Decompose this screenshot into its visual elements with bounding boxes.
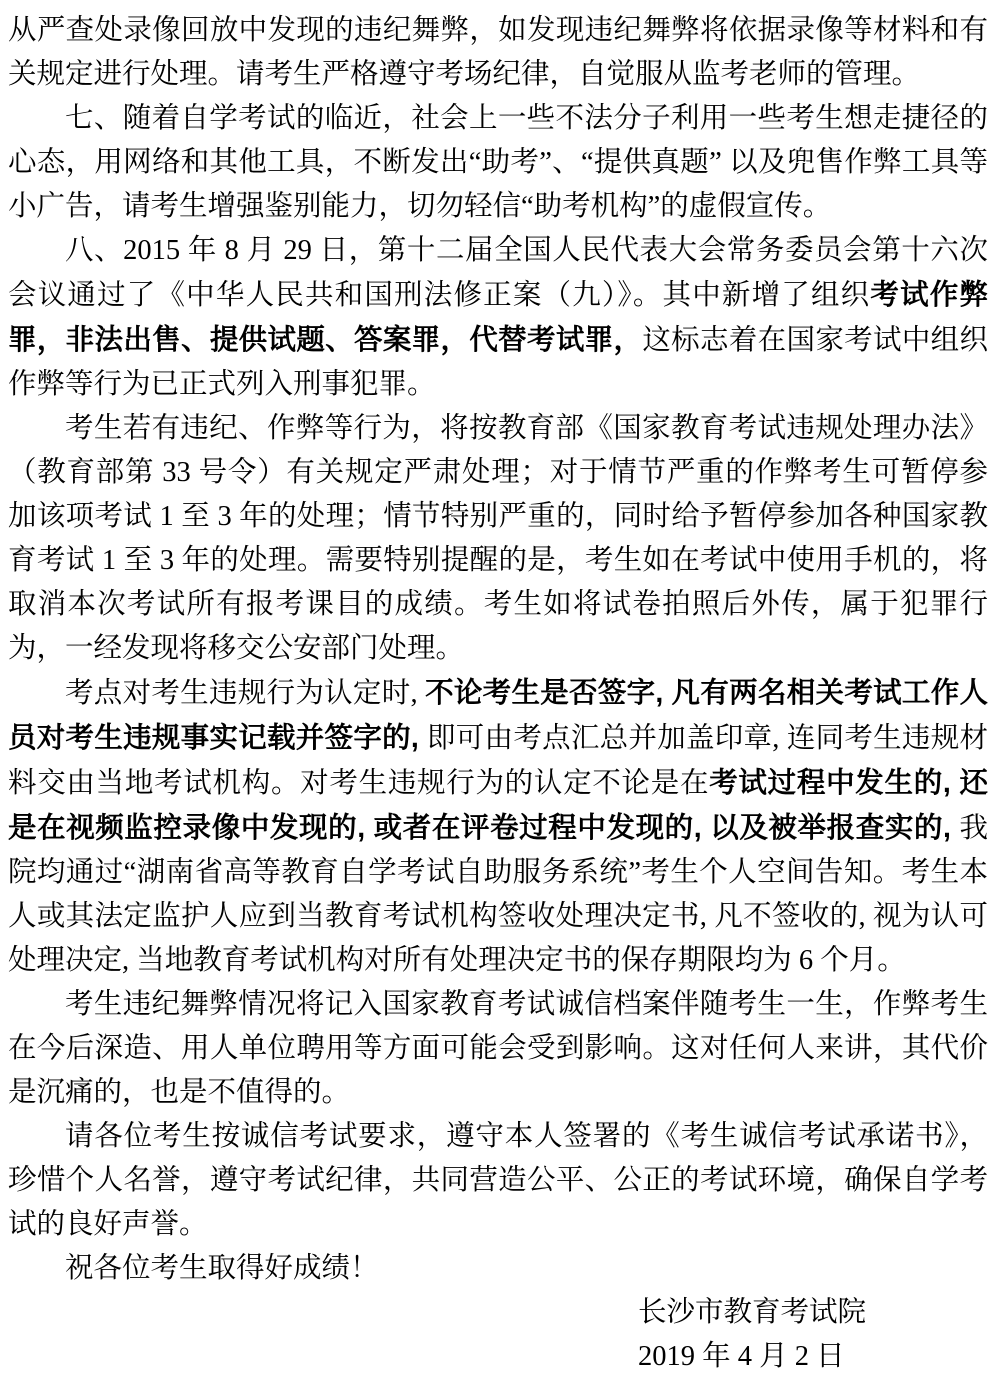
paragraph: 考点对考生违规行为认定时, 不论考生是否签字, 凡有两名相关考试工作人员对考生违…	[8, 671, 988, 983]
signature-date: 2019 年 4 月 2 日	[638, 1335, 988, 1376]
signature-block: 长沙市教育考试院 2019 年 4 月 2 日	[638, 1291, 988, 1376]
text-segment: 请各位考生按诚信考试要求，遵守本人签署的《考生诚信考试承诺书》，珍惜个人名誉，遵…	[8, 1121, 988, 1240]
paragraph: 请各位考生按诚信考试要求，遵守本人签署的《考生诚信考试承诺书》，珍惜个人名誉，遵…	[8, 1115, 988, 1247]
paragraph: 考生违纪舞弊情况将记入国家教育考试诚信档案伴随考生一生，作弊考生在今后深造、用人…	[8, 983, 988, 1115]
text-segment: 八、2015 年 8 月 29 日，第十二届全国人民代表大会常务委员会第十六次会…	[8, 235, 988, 311]
document-page: 从严查处录像回放中发现的违纪舞弊，如发现违纪舞弊将依据录像等材料和有关规定进行处…	[0, 0, 1000, 1376]
text-segment: 祝各位考生取得好成绩！	[65, 1253, 379, 1284]
paragraph: 考生若有违纪、作弊等行为，将按教育部《国家教育考试违规处理办法》（教育部第 33…	[8, 407, 988, 671]
paragraph: 从严查处录像回放中发现的违纪舞弊，如发现违纪舞弊将依据录像等材料和有关规定进行处…	[8, 9, 988, 97]
text-segment: 七、随着自学考试的临近，社会上一些不法分子利用一些考生想走捷径的心态，用网络和其…	[8, 103, 988, 222]
text-segment: 从严查处录像回放中发现的违纪舞弊，如发现违纪舞弊将依据录像等材料和有关规定进行处…	[8, 15, 988, 90]
text-segment: 考生违纪舞弊情况将记入国家教育考试诚信档案伴随考生一生，作弊考生在今后深造、用人…	[8, 989, 988, 1108]
signature-org: 长沙市教育考试院	[638, 1291, 988, 1335]
paragraph: 八、2015 年 8 月 29 日，第十二届全国人民代表大会常务委员会第十六次会…	[8, 229, 988, 407]
paragraph: 七、随着自学考试的临近，社会上一些不法分子利用一些考生想走捷径的心态，用网络和其…	[8, 97, 988, 229]
document-body: 从严查处录像回放中发现的违纪舞弊，如发现违纪舞弊将依据录像等材料和有关规定进行处…	[8, 9, 988, 1291]
text-segment: 考点对考生违规行为认定时,	[65, 678, 425, 709]
text-segment: 考生若有违纪、作弊等行为，将按教育部《国家教育考试违规处理办法》（教育部第 33…	[8, 413, 988, 664]
paragraph: 祝各位考生取得好成绩！	[8, 1247, 988, 1291]
